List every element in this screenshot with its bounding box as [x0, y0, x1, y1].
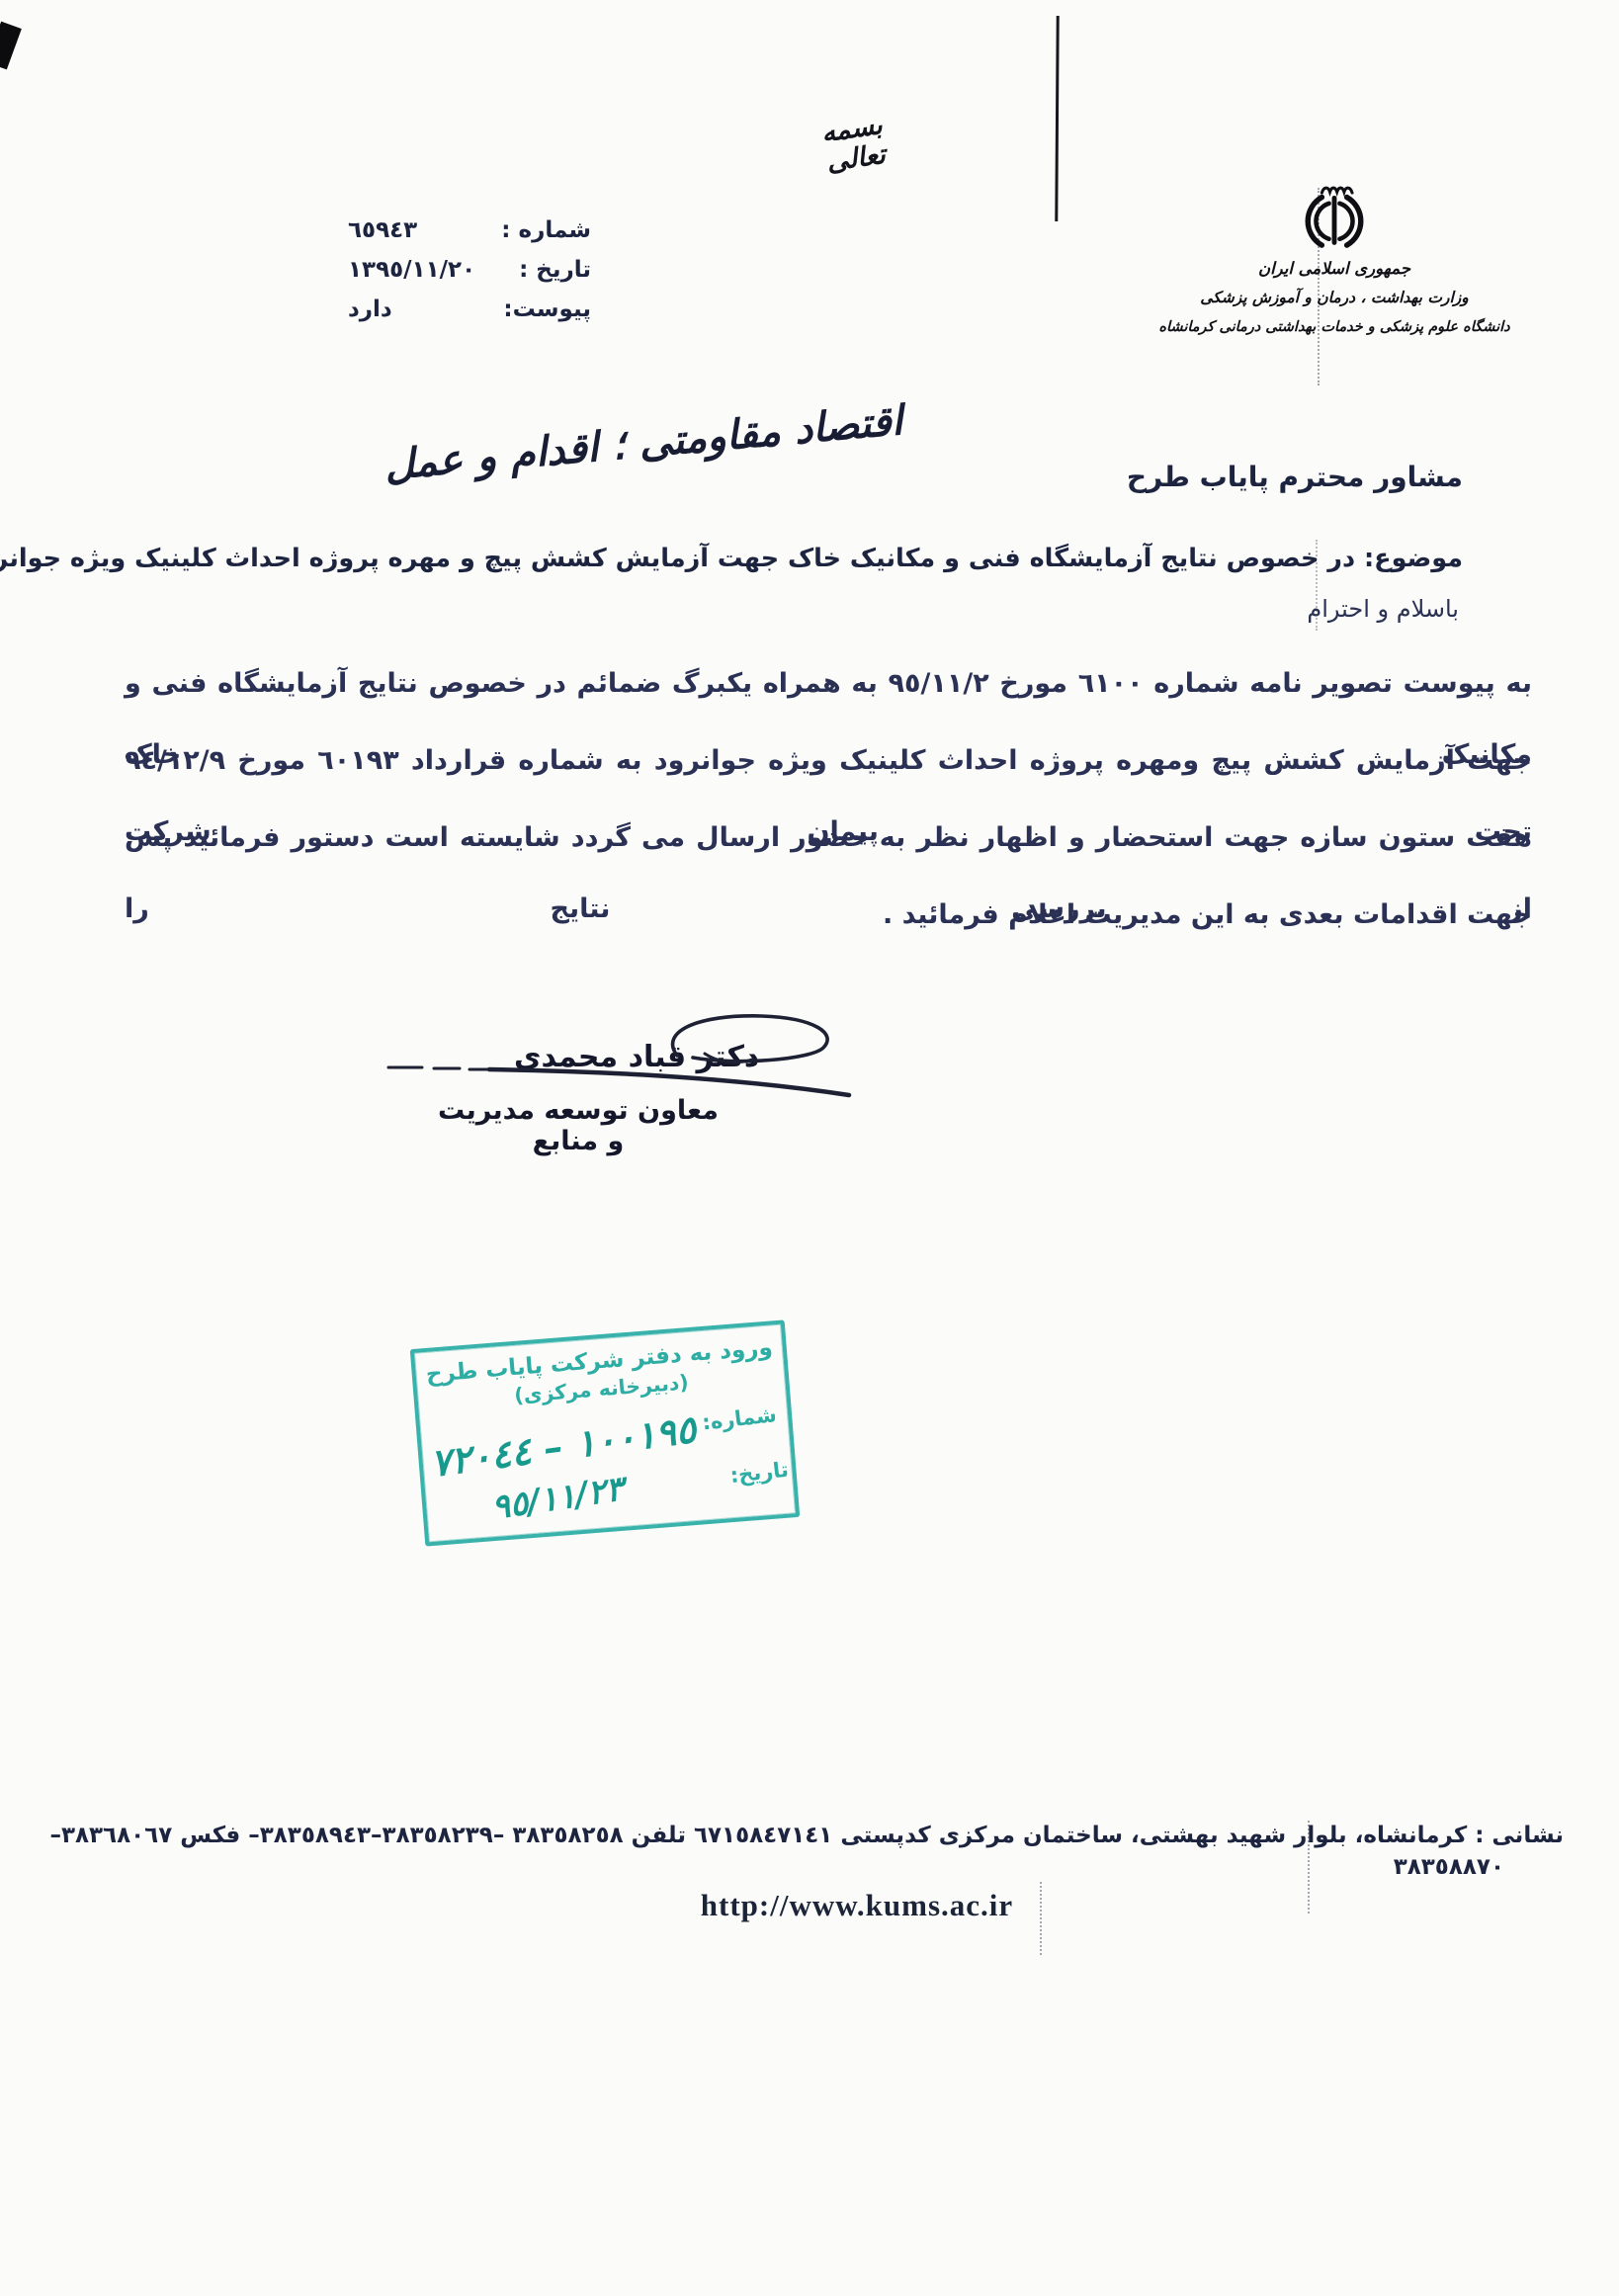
body-line-2: جهت آزمایش کشش پیچ ومهره پروژه احداث کلی… — [125, 725, 1532, 803]
letter-date-row: تاریخ : ١٣٩٥/١١/٢٠ — [348, 257, 591, 283]
scanned-letter-page: بسمه تعالی شماره : ٦٥٩٤٣ تاریخ : ١٣٩٥/١١… — [0, 0, 1619, 2296]
stamp-number-label: شماره: — [701, 1403, 778, 1434]
date-label: تاریخ : — [519, 257, 591, 283]
entry-stamp: ورود به دفتر شرکت پایاب طرح (دبیرخانه مر… — [410, 1319, 801, 1546]
body-line-3: هفت ستون سازه جهت استحضار و اظهار نظر به… — [125, 803, 1532, 880]
date-value: ١٣٩٥/١١/٢٠ — [348, 257, 475, 283]
attachment-value: دارد — [348, 297, 392, 322]
letter-number-row: شماره : ٦٥٩٤٣ — [348, 217, 591, 243]
number-label: شماره : — [501, 217, 591, 243]
stamp-number-value: ١٠٠١٩٥ – ٧٢٠٤٤ — [428, 1407, 698, 1486]
attachment-label: پیوست: — [503, 297, 591, 322]
stamp-date-value: ٩٥/١١/٢٣ — [489, 1469, 627, 1527]
signatory-title: معاون توسعه مدیریت و منابع — [425, 1095, 731, 1156]
letterhead-ministry: وزارت بهداشت ، درمان و آموزش پزشکی — [1127, 289, 1542, 306]
subject-line: موضوع: در خصوص نتایج آزمایشگاه فنی و مکا… — [0, 544, 1463, 573]
footer-address-line: نشانی : کرمانشاه، بلوار شهید بهشتی، ساخت… — [49, 1823, 1564, 1848]
letter-attachment-row: پیوست: دارد — [348, 297, 591, 322]
footer-website-url: http://www.kums.ac.ir — [47, 1888, 1619, 1923]
letter-body: به پیوست تصویر نامه شماره ٦١٠٠ مورخ ٩٥/١… — [125, 648, 1532, 957]
salutation-line: باسلام و احترام — [1307, 595, 1459, 623]
bismillah-calligraphy: بسمه تعالی — [799, 108, 908, 180]
scan-corner-artifact — [0, 22, 22, 70]
letter-meta-block: شماره : ٦٥٩٤٣ تاریخ : ١٣٩٥/١١/٢٠ پیوست: … — [348, 217, 591, 336]
year-slogan-calligraphy: اقتصاد مقاومتی ؛ اقدام و عمل — [383, 396, 904, 489]
letterhead-university: دانشگاه علوم پزشکی و خدمات بهداشتی درمان… — [1127, 319, 1542, 335]
signatory-name: دکتر قباد محمدی — [514, 1040, 759, 1074]
number-value: ٦٥٩٤٣ — [348, 217, 417, 243]
stamp-date-label: تاریخ: — [728, 1458, 790, 1488]
subject-label: موضوع: — [1364, 544, 1463, 573]
letterhead-country: جمهوری اسلامی ایران — [1127, 259, 1542, 278]
subject-text: در خصوص نتایج آزمایشگاه فنی و مکانیک خاک… — [0, 544, 1355, 573]
footer-phone-extra: ٣٨٣٥٨٨٧٠ — [1394, 1854, 1504, 1880]
body-line-1: به پیوست تصویر نامه شماره ٦١٠٠ مورخ ٩٥/١… — [125, 648, 1532, 725]
recipient-line: مشاور محترم پایاب طرح — [1127, 461, 1463, 493]
letterhead: جمهوری اسلامی ایران وزارت بهداشت ، درمان… — [1127, 184, 1542, 335]
iran-emblem-icon — [1293, 184, 1376, 255]
scan-line-artifact — [1055, 16, 1059, 221]
